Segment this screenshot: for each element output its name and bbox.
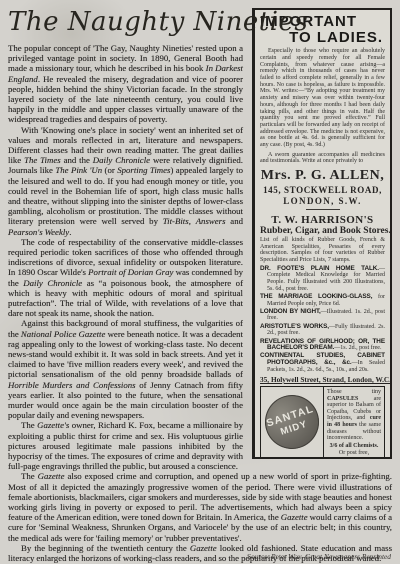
book-item-title: DR. FOOTE'S PLAIN HOME TALK.	[260, 265, 379, 272]
ad-ladies-guarantee: A sworn guarantee accompanies all medici…	[260, 152, 385, 165]
book-list-item: CONTINENTAL STUDIES, CABINET PHOTOGRAPHS…	[260, 353, 385, 373]
ad-ladies-contact-name: Mrs. P. G. ALLEN,	[260, 168, 385, 184]
book-item-title: ARISTOTLE'S WORKS,	[260, 323, 329, 330]
book-list-item: REVELATIONS OF GIRLHOOD; OR, THE BACHELO…	[260, 339, 385, 352]
santal-firm: WILCOX and CO.,	[327, 458, 381, 459]
ad-ladies-address-city: LONDON, S.W.	[260, 196, 385, 206]
ad-important-to-ladies: IMPORTANT TO LADIES. Especially to those…	[260, 14, 385, 206]
ad-santal-midy: SANTAL MIDY Those tiny CAPSULES are supe…	[260, 386, 385, 458]
book-list-item: THE MARRIAGE LOOKING-GLASS, for Married …	[260, 294, 385, 307]
ad-harrison-details: List of all kinds of Rubber Goods, Frenc…	[260, 237, 385, 263]
santal-midy-seal-icon: SANTAL MIDY	[258, 388, 326, 456]
book-list-item: ARISTOTLE'S WORKS,—Fully Illustrated. 2s…	[260, 324, 385, 337]
ad-ladies-address-street: 145, STOCKWELL ROAD,	[260, 185, 385, 195]
article-paragraph: The Gazette also exposed crime and corru…	[8, 471, 392, 542]
santal-ad-text: Those tiny CAPSULES are superior to Bals…	[324, 387, 384, 457]
book-item-title: LONDON BY NIGHT,	[260, 308, 321, 315]
source-note: Source: Peter Way, Great Newspapers Repr…	[247, 552, 391, 561]
ad-harrison-address: 35, Holywell Street, Strand, London, W.C…	[260, 375, 385, 384]
book-list-item: DR. FOOTE'S PLAIN HOME TALK.—Complete Me…	[260, 266, 385, 293]
ad-harrison-subtitle: Rubber, Cigar, and Book Stores.	[260, 226, 385, 236]
book-item-detail: —1s. 2d., post free.	[334, 345, 381, 351]
ad-ladies-body: Especially to those who require an absol…	[260, 48, 385, 149]
ad-harrison-book-list: DR. FOOTE'S PLAIN HOME TALK.—Complete Me…	[260, 266, 385, 374]
santal-body: Those tiny CAPSULES are superior to Bals…	[327, 389, 381, 442]
scanned-page: IMPORTANT TO LADIES. Especially to those…	[0, 0, 400, 564]
book-item-title: THE MARRIAGE LOOKING-GLASS,	[260, 293, 372, 300]
book-list-item: LONDON BY NIGHT,—Illustrated. 1s. 2d., p…	[260, 309, 385, 322]
ad-harrison-stores: T. W. HARRISON'S Rubber, Cigar, and Book…	[260, 214, 385, 384]
santal-post-free: Or post free,	[327, 450, 381, 457]
santal-seal-cell: SANTAL MIDY	[261, 387, 324, 457]
ad-section-divider	[306, 209, 340, 210]
advertisement-column: IMPORTANT TO LADIES. Especially to those…	[252, 8, 392, 459]
santal-price: 3/6 of all Chemists.	[327, 443, 381, 450]
ad-harrison-name: T. W. HARRISON'S	[260, 214, 385, 226]
